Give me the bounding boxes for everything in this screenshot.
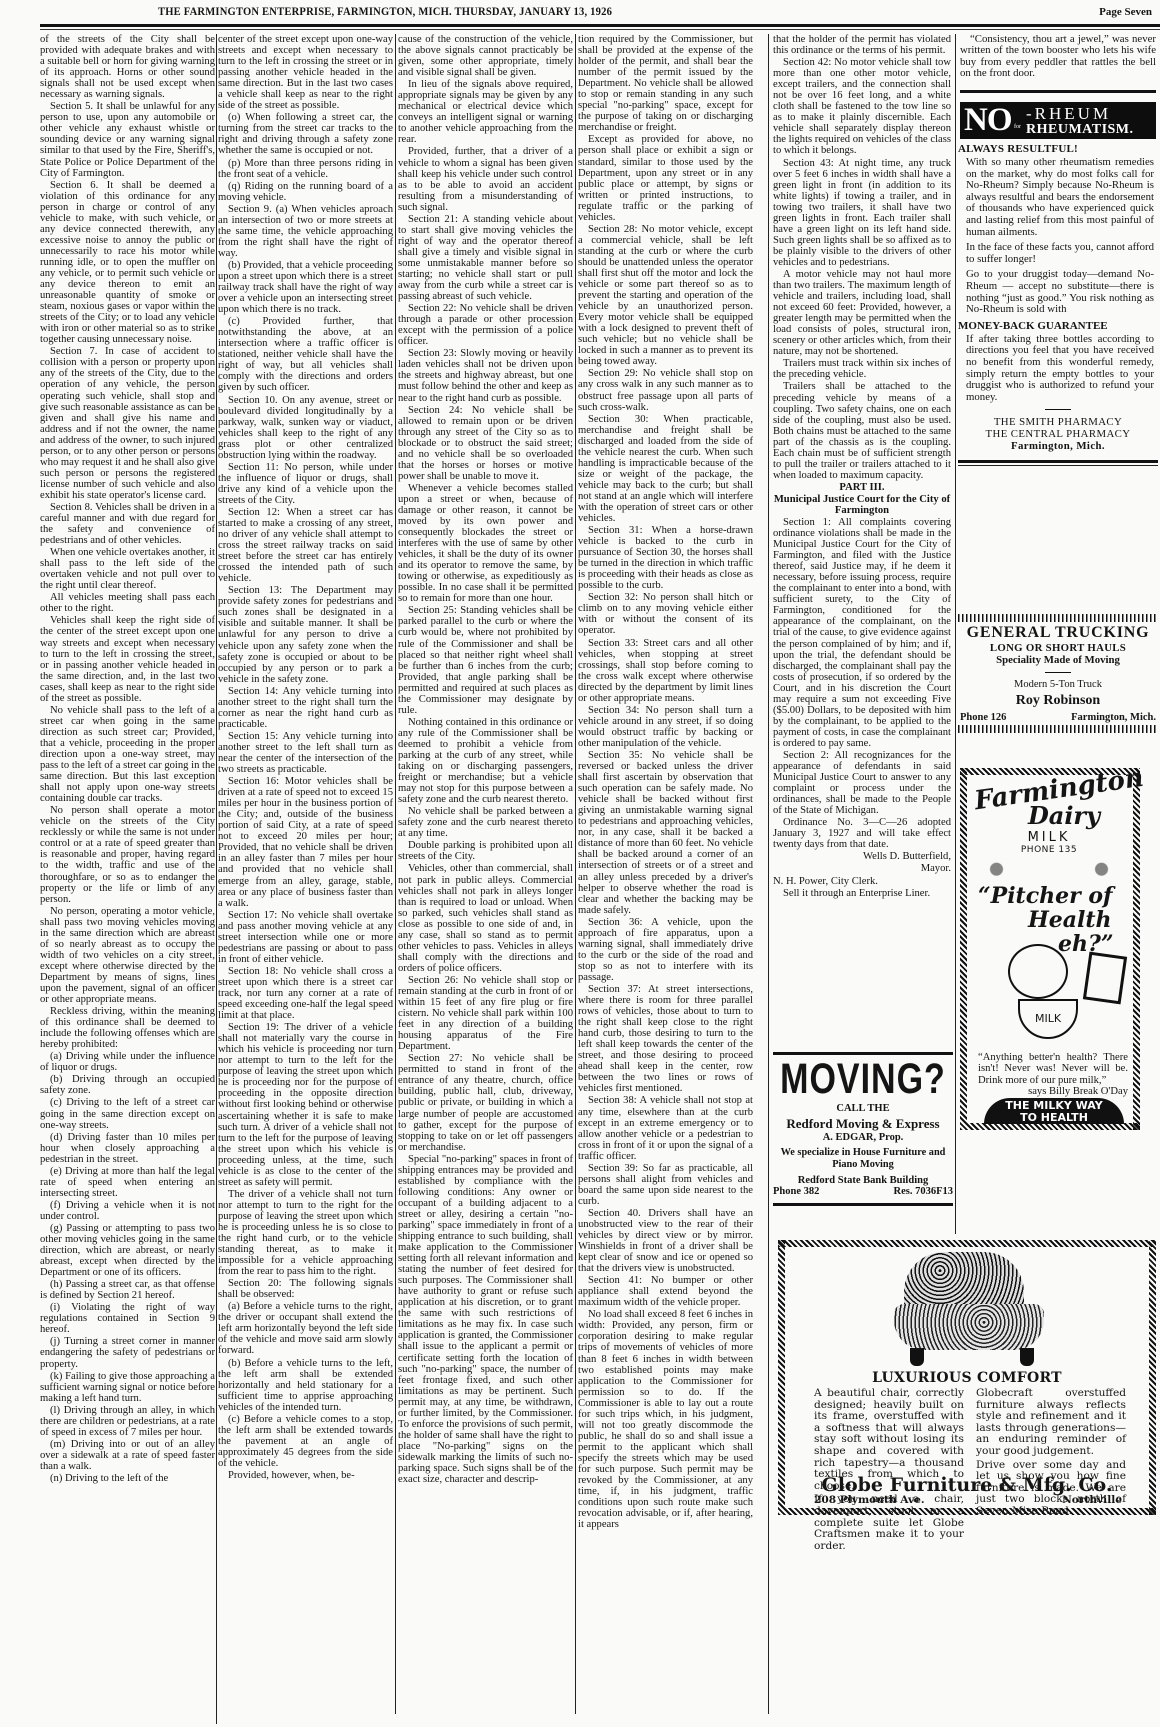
article-paragraph: Section 38: A vehicle shall not stop at … xyxy=(578,1095,753,1161)
picture-frame-icon xyxy=(1083,952,1127,1005)
boy-face-icon xyxy=(1008,944,1068,999)
article-paragraph: (c) Provided further, that notwithstandi… xyxy=(218,316,393,393)
pharmacy-city: Farmington, Mich. xyxy=(958,440,1158,452)
article-paragraph: (f) Driving a vehicle when it is not und… xyxy=(40,1200,215,1222)
article-paragraph: Section 21: A standing vehicle about to … xyxy=(398,214,573,302)
column-divider xyxy=(216,34,217,1724)
article-paragraph: The driver of a vehicle shall not turn n… xyxy=(218,1189,393,1277)
article-paragraph: Section 2: All recognizances for the app… xyxy=(773,750,951,816)
slogan-line: “Pitcher of xyxy=(978,883,1113,909)
article-paragraph: Vehicles, other than commercial, shall n… xyxy=(398,863,573,973)
article-paragraph: (p) More than three persons riding in th… xyxy=(218,158,393,180)
milk-pitcher-icon: MILK xyxy=(1018,999,1078,1039)
article-paragraph: Section 6. It shall be deemed a violatio… xyxy=(40,180,215,346)
article-paragraph: Section 8. Vehicles shall be driven in a… xyxy=(40,502,215,546)
logo-no: NO xyxy=(964,103,1012,138)
article-paragraph: Provided, further, that a driver of a ve… xyxy=(398,146,573,212)
logo-for: for xyxy=(1014,124,1021,130)
article-paragraph: Section 11: No person, while under the i… xyxy=(218,462,393,506)
article-paragraph: Section 25: Standing vehicles shall be p… xyxy=(398,605,573,715)
article-paragraph: Section 26: No vehicle shall stop or rem… xyxy=(398,975,573,1052)
ornamental-border xyxy=(958,725,1158,733)
article-paragraph: (c) Driving to the left of a street car … xyxy=(40,1097,215,1130)
article-paragraph: Mayor. xyxy=(773,863,951,874)
moving-company: Redford Moving & Express xyxy=(773,1116,953,1132)
masthead-title: THE FARMINGTON ENTERPRISE, FARMINGTON, M… xyxy=(158,6,612,18)
no-rheum-logo: NO -RHEUM for RHEUMATISM. xyxy=(960,102,1156,139)
article-paragraph: Reckless driving, within the meaning of … xyxy=(40,1006,215,1050)
slogan-line: Health xyxy=(1028,908,1114,932)
article-paragraph: (b) Provided, that a vehicle proceeding … xyxy=(218,260,393,315)
milky-way-banner: THE MILKY WAY TO HEALTH xyxy=(984,1098,1124,1124)
article-paragraph: Section 43: At night time, any truck ove… xyxy=(773,158,951,268)
article-paragraph: cause of the construction of the vehicle… xyxy=(398,34,573,78)
article-paragraph: In lieu of the signals above required, a… xyxy=(398,79,573,145)
article-column-2: center of the street except upon one-way… xyxy=(218,34,393,1714)
article-paragraph: No person, operating a motor vehicle, sh… xyxy=(40,906,215,1005)
article-paragraph: of the streets of the City shall be prov… xyxy=(40,34,215,100)
article-paragraph: Section 17: No vehicle shall overtake an… xyxy=(218,910,393,965)
guarantee-heading: MONEY-BACK GUARANTEE xyxy=(958,320,1158,332)
globe-company: Globe Furniture & Mfg. Co. xyxy=(778,1474,1156,1496)
chair-leg xyxy=(1020,1348,1034,1366)
pharmacy-list: THE SMITH PHARMACY THE CENTRAL PHARMACY … xyxy=(958,416,1158,452)
article-paragraph: (l) Driving through an alley, in which t… xyxy=(40,1405,215,1438)
ad-body: In the face of these facts you, cannot a… xyxy=(958,242,1158,265)
divider xyxy=(958,460,1158,463)
article-paragraph: No person shall operate a motor vehicle … xyxy=(40,805,215,904)
contact-row: Phone 126 Farmington, Mich. xyxy=(958,712,1158,723)
section-heading: PART III. xyxy=(773,482,951,493)
frame-left xyxy=(960,768,967,1130)
article-paragraph: Section 39: So far as practicable, all p… xyxy=(578,1163,753,1207)
no-rheum-ad: NO -RHEUM for RHEUMATISM. ALWAYS RESULTF… xyxy=(958,98,1158,468)
chair-leg xyxy=(910,1348,924,1366)
article-paragraph: Section 18: No vehicle shall cross a str… xyxy=(218,966,393,1021)
article-paragraph: Section 9. (a) When vehicles aproach an … xyxy=(218,204,393,259)
frame-top xyxy=(778,1240,1156,1247)
article-paragraph: Section 27: No vehicle shall be permitte… xyxy=(398,1053,573,1152)
globe-left-copy: A beautiful chair, correctly designed; h… xyxy=(814,1388,964,1554)
frame-right xyxy=(1133,768,1140,1130)
article-paragraph: (h) Passing a street car, as that offens… xyxy=(40,1279,215,1301)
article-paragraph: Section 20: The following signals shall … xyxy=(218,1278,393,1300)
article-paragraph: Except as provided for above, no person … xyxy=(578,134,753,222)
page-number: Page Seven xyxy=(1099,6,1152,18)
article-paragraph: Section 23: Slowly moving or heavily lad… xyxy=(398,348,573,403)
article-paragraph: (o) When following a street car, the tur… xyxy=(218,112,393,156)
article-paragraph: Section 32: No person shall hitch or cli… xyxy=(578,592,753,636)
newspaper-page: THE FARMINGTON ENTERPRISE, FARMINGTON, M… xyxy=(0,0,1160,1727)
article-paragraph: Ordinance No. 3—C—26 adopted January 3, … xyxy=(773,817,951,850)
globe-heading: LUXURIOUS COMFORT xyxy=(778,1370,1156,1386)
article-paragraph: tion required by the Commissioner, but s… xyxy=(578,34,753,133)
article-paragraph: All vehicles meeting shall pass each oth… xyxy=(40,592,215,614)
column-divider xyxy=(575,34,576,1714)
article-paragraph: Section 35: No vehicle shall be reversed… xyxy=(578,750,753,916)
article-paragraph: Section 19: The driver of a vehicle shal… xyxy=(218,1022,393,1188)
article-paragraph: Vehicles shall keep the right side of th… xyxy=(40,615,215,703)
ad-body: If after taking three bottles according … xyxy=(958,334,1158,404)
shrubbery-illustration xyxy=(974,856,1124,878)
call-the: CALL THE xyxy=(773,1103,953,1114)
article-paragraph: (d) Driving faster than 10 miles per hou… xyxy=(40,1132,215,1165)
article-paragraph: N. H. Power, City Clerk. xyxy=(773,876,951,887)
frame-bottom xyxy=(960,1123,1140,1130)
article-paragraph: Wells D. Butterfield, xyxy=(773,851,951,862)
article-paragraph: No vehicle shall pass to the left of a s… xyxy=(40,705,215,804)
article-column-3: cause of the construction of the vehicle… xyxy=(398,34,573,1714)
divider xyxy=(958,465,1158,466)
column-divider xyxy=(395,34,396,1714)
article-paragraph: (g) Passing or attempting to pass two ot… xyxy=(40,1223,215,1278)
article-paragraph: Section 41: No bumper or other appliance… xyxy=(578,1275,753,1308)
trucking-subtitle: LONG OR SHORT HAULS xyxy=(958,642,1158,654)
article-paragraph: (a) Before a vehicle turns to the right,… xyxy=(218,1301,393,1356)
article-paragraph: When one vehicle overtakes another, it s… xyxy=(40,547,215,591)
city: Farmington, Mich. xyxy=(1071,712,1156,723)
residence-phone: Res. 7036F13 xyxy=(894,1186,954,1197)
quote-signature: says Billy Break O'Day xyxy=(978,1086,1128,1097)
article-paragraph: No vehicle shall be parked between a saf… xyxy=(398,806,573,839)
article-column-1: of the streets of the City shall be prov… xyxy=(40,34,215,1724)
article-paragraph: Nothing contained in this ordinance or a… xyxy=(398,717,573,805)
masthead: THE FARMINGTON ENTERPRISE, FARMINGTON, M… xyxy=(0,0,1160,32)
consistency-filler: “Consistency, thou art a jewel,” was nev… xyxy=(958,34,1158,95)
article-paragraph: Trailers must track within six inches of… xyxy=(773,358,951,380)
ad-headline: ALWAYS RESULTFUL! xyxy=(958,143,1158,155)
masthead-rule-thin xyxy=(40,29,1160,30)
article-paragraph: (b) Driving through an occupied safety z… xyxy=(40,1074,215,1096)
article-paragraph: center of the street except upon one-way… xyxy=(218,34,393,111)
divider xyxy=(1045,409,1071,410)
article-paragraph: Section 14: Any vehicle turning into ano… xyxy=(218,686,393,730)
globe-furniture-ad: LUXURIOUS COMFORT A beautiful chair, cor… xyxy=(778,1240,1156,1515)
article-column-5: that the holder of the permit has violat… xyxy=(773,34,951,1064)
armchair-illustration xyxy=(888,1252,1048,1368)
article-paragraph: Provided, however, when, be- xyxy=(218,1470,393,1481)
brand-milk: MILK xyxy=(974,830,1124,845)
article-paragraph: that the holder of the permit has violat… xyxy=(773,34,951,56)
quote-text: “Anything better'n health? There isn't! … xyxy=(978,1052,1128,1086)
logo-rheumatism: RHEUMATISM. xyxy=(1026,122,1134,137)
divider xyxy=(960,90,1156,93)
article-paragraph: (q) Riding on the running board of a mov… xyxy=(218,181,393,203)
redford-moving-ad: MOVING? CALL THE Redford Moving & Expres… xyxy=(773,1050,953,1208)
trucking-specialty: Speciality Made of Moving xyxy=(958,654,1158,666)
truck-line: Modern 5-Ton Truck xyxy=(958,679,1158,690)
article-paragraph: Section 33: Street cars and all other ve… xyxy=(578,638,753,704)
dairy-quote: “Anything better'n health? There isn't! … xyxy=(978,1052,1128,1097)
article-paragraph: (m) Driving into or out of an alley over… xyxy=(40,1439,215,1472)
chair-seat xyxy=(894,1304,1044,1350)
globe-town: Northville xyxy=(1062,1494,1122,1506)
article-paragraph: Section 1: All complaints covering ordin… xyxy=(773,517,951,749)
logo-rheum: -RHEUM xyxy=(1026,105,1111,123)
article-paragraph: Whenever a vehicle becomes stalled upon … xyxy=(398,483,573,605)
moving-proprietor: A. EDGAR, Prop. xyxy=(773,1132,953,1143)
ornamental-border xyxy=(958,614,1158,622)
column-divider xyxy=(955,34,956,1234)
article-paragraph: (k) Failing to give those approaching a … xyxy=(40,1371,215,1404)
article-paragraph: (a) Driving while under the influence of… xyxy=(40,1051,215,1073)
article-paragraph: Section 40. Drivers shall have an unobst… xyxy=(578,1208,753,1274)
trucking-title: GENERAL TRUCKING xyxy=(958,624,1158,642)
article-paragraph: Section 16: Motor vehicles shall be driv… xyxy=(218,776,393,909)
brand-phone: PHONE 135 xyxy=(974,845,1124,855)
moving-building: Redford State Bank Building xyxy=(773,1175,953,1186)
article-paragraph: A motor vehicle may not haul more than t… xyxy=(773,269,951,357)
article-paragraph: (e) Driving at more than half the legal … xyxy=(40,1166,215,1199)
article-paragraph: Section 15: Any vehicle turning into ano… xyxy=(218,731,393,775)
farmington-dairy-ad: Farmington Dairy MILK PHONE 135 “Pitcher… xyxy=(958,768,1158,1130)
article-paragraph: Section 13: The Department may provide s… xyxy=(218,585,393,684)
article-paragraph: Trailers shall be attached to the preced… xyxy=(773,381,951,480)
ad-body: With so many other rheumatism remedies o… xyxy=(958,157,1158,238)
article-paragraph: Section 28: No motor vehicle, except a c… xyxy=(578,224,753,368)
article-paragraph: Section 36: A vehicle, upon the approach… xyxy=(578,917,753,983)
article-paragraph: Section 5. It shall be unlawful for any … xyxy=(40,101,215,178)
phone: Phone 382 xyxy=(773,1186,819,1197)
moving-contact-row: Phone 382 Res. 7036F13 xyxy=(773,1186,953,1197)
boy-with-milk-pitcher-illustration: MILK xyxy=(978,944,1128,1044)
moving-headline: MOVING? xyxy=(773,1057,953,1102)
article-paragraph: Special "no-parking" spaces in front of … xyxy=(398,1154,573,1485)
section-heading: Municipal Justice Court for the City of … xyxy=(773,494,951,516)
article-paragraph: Double parking is prohibited upon all st… xyxy=(398,840,573,862)
ad-body: Go to your druggist today—demand No-Rheu… xyxy=(958,269,1158,315)
article-paragraph: Section 24: No vehicle shall be allowed … xyxy=(398,405,573,482)
article-paragraph: Section 42: No motor vehicle shall tow m… xyxy=(773,57,951,156)
phone: Phone 126 xyxy=(960,712,1006,723)
article-paragraph: Section 22: No vehicle shall be driven t… xyxy=(398,303,573,347)
article-paragraph: Section 29: No vehicle shall stop on any… xyxy=(578,368,753,412)
pharmacy-name: THE CENTRAL PHARMACY xyxy=(958,428,1158,440)
article-paragraph: (b) Before a vehicle turns to the left, … xyxy=(218,1358,393,1413)
article-paragraph: Section 31: When a horse-drawn vehicle i… xyxy=(578,525,753,591)
article-paragraph: Section 12: When a street car has starte… xyxy=(218,507,393,584)
article-paragraph: Section 30: When practicable, merchandis… xyxy=(578,414,753,524)
moving-specialty: We specialize in House Furniture and Pia… xyxy=(773,1147,953,1171)
consistency-text: “Consistency, thou art a jewel,” was nev… xyxy=(960,34,1156,80)
article-paragraph: (j) Turning a street corner in manner en… xyxy=(40,1336,215,1369)
article-paragraph: (c) Before a vehicle comes to a stop, th… xyxy=(218,1414,393,1469)
globe-address: 208 Plymouth Ave. xyxy=(814,1494,925,1506)
banner-line: TO HEALTH xyxy=(984,1112,1124,1124)
trucking-ad: GENERAL TRUCKING LONG OR SHORT HAULS Spe… xyxy=(958,612,1158,735)
article-column-4: tion required by the Commissioner, but s… xyxy=(578,34,753,1714)
column-divider xyxy=(768,34,769,1714)
article-paragraph: No load shall exceed 8 feet 6 inches in … xyxy=(578,1309,753,1530)
article-paragraph: Section 10. On any avenue, street or bou… xyxy=(218,395,393,461)
divider xyxy=(1045,672,1071,673)
masthead-rule xyxy=(40,24,1160,27)
dairy-brand: Farmington Dairy MILK PHONE 135 xyxy=(974,778,1124,878)
proprietor-name: Roy Robinson xyxy=(958,693,1158,709)
ad-body: Globecraft overstuffed furniture always … xyxy=(976,1388,1126,1458)
article-paragraph: Section 34: No person shall turn a vehic… xyxy=(578,705,753,749)
article-paragraph: Section 37: At street intersections, whe… xyxy=(578,984,753,1094)
article-paragraph: (i) Violating the right of way regulatio… xyxy=(40,1302,215,1335)
article-paragraph: Section 7. In case of accident to collis… xyxy=(40,346,215,501)
article-paragraph: Sell it through an Enterprise Liner. xyxy=(773,888,951,899)
divider xyxy=(773,1203,953,1206)
pharmacy-name: THE SMITH PHARMACY xyxy=(958,416,1158,428)
article-paragraph: (n) Driving to the left of the xyxy=(40,1473,215,1484)
